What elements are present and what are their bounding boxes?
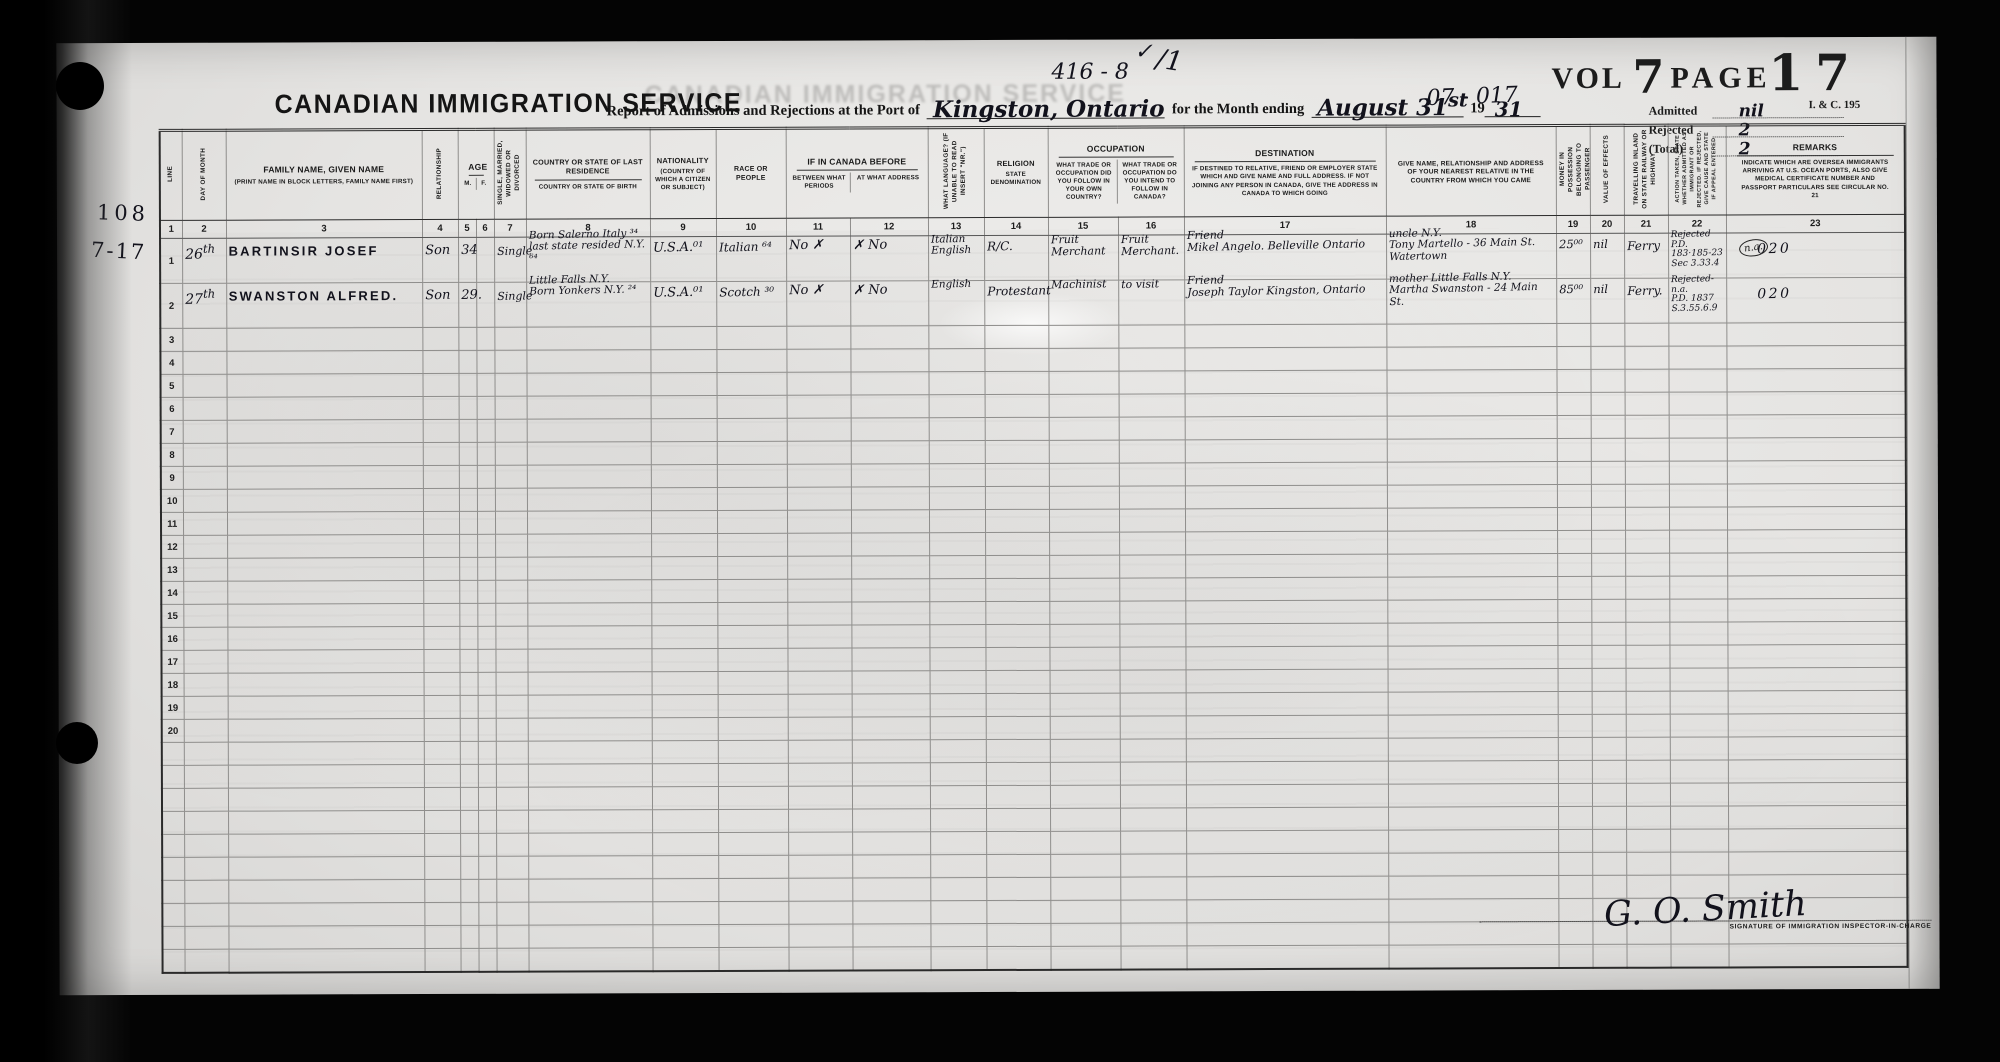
cell-remarks: [1728, 805, 1907, 829]
cell-marital: [495, 465, 527, 488]
cell-action: [1669, 530, 1727, 553]
column-number: 2: [182, 220, 226, 238]
cell-country: [527, 580, 651, 603]
cell-language: [930, 924, 986, 947]
cell-travel: [1625, 507, 1669, 530]
cell-country: [528, 833, 652, 856]
cell-line: 1: [160, 238, 182, 283]
cell-age_f: [477, 649, 495, 672]
cell-destination: [1185, 531, 1387, 555]
cell-periods: [788, 694, 852, 717]
cell-address: [851, 464, 929, 487]
cell-travel: [1626, 760, 1670, 783]
cell-effects: [1591, 507, 1625, 530]
cell-relationship: [423, 603, 459, 626]
report-prefix: Report of Admissions and Rejections at t…: [607, 102, 920, 120]
cell-line: 19: [162, 696, 184, 719]
cell-language: [930, 786, 986, 809]
cell-line: 4: [160, 351, 182, 374]
cell-relative: [1386, 370, 1556, 394]
cell-address: [851, 579, 929, 602]
cell-occ_did: [1050, 877, 1120, 900]
cell-money: [1557, 553, 1591, 576]
cell-remarks: 020: [1726, 277, 1905, 323]
cell-relative: [1388, 738, 1558, 762]
cell-nationality: [651, 579, 717, 602]
cell-relationship: [424, 925, 460, 948]
cell-age_m: [460, 879, 478, 902]
table-row: 227thSWANSTON ALFRED.Son29.SingleLittle …: [160, 277, 1905, 328]
cell-day: [184, 765, 228, 788]
cell-remarks: [1728, 782, 1907, 806]
cell-age_f: [478, 787, 496, 810]
handwritten-entry: Rejected P.D. 183·185-23 Sec 3.33.4: [1670, 230, 1724, 270]
cell-name: [227, 374, 423, 398]
cell-remarks: [1728, 759, 1907, 783]
cell-age_f: [477, 442, 495, 465]
cell-effects: [1591, 392, 1625, 415]
cell-country: [527, 626, 651, 649]
cell-money: [1557, 507, 1591, 530]
cell-occ_intend: [1119, 555, 1185, 578]
cell-race: [716, 372, 786, 395]
cell-address: [851, 510, 929, 533]
cell-marital: [494, 373, 526, 396]
cell-line: 12: [161, 535, 183, 558]
cell-address: [850, 372, 928, 395]
cell-country: [527, 465, 651, 488]
cell-name: [227, 558, 423, 582]
cell-relative: [1387, 600, 1557, 624]
report-subtitle: Report of Admissions and Rejections at t…: [607, 100, 1627, 121]
cell-action: [1670, 829, 1728, 852]
cell-periods: [786, 326, 850, 349]
cell-action: [1669, 438, 1727, 461]
cell-address: [853, 947, 931, 971]
cell-occ_intend: [1119, 624, 1185, 647]
cell-religion: R/C.: [984, 235, 1048, 280]
cell-destination: Friend Joseph Taylor Kingston, Ontario: [1184, 279, 1386, 325]
page-number-stamp: 17: [1768, 43, 1862, 102]
handwritten-entry: BARTINSIR JOSEF: [229, 238, 420, 259]
cell-language: [929, 625, 985, 648]
cell-occ_did: [1049, 601, 1119, 624]
handwritten-entry: U.S.A.⁰¹: [653, 281, 714, 300]
cell-occ_did: [1050, 693, 1120, 716]
cell-day: [183, 397, 227, 420]
cell-remarks: [1727, 598, 1906, 622]
cell-occ_did: [1050, 854, 1120, 877]
handwritten-entry: SWANSTON ALFRED.: [229, 283, 420, 304]
cell-destination: [1185, 554, 1387, 578]
cell-religion: [987, 946, 1051, 970]
cell-action: [1670, 944, 1728, 968]
cell-age_f: [477, 465, 495, 488]
cell-age_f: [477, 488, 495, 511]
cell-nationality: [651, 556, 717, 579]
cell-occ_intend: [1120, 854, 1186, 877]
cell-marital: [496, 810, 528, 833]
cell-age_f: [477, 603, 495, 626]
cell-relationship: [424, 879, 460, 902]
cell-language: [929, 395, 985, 418]
cell-religion: [985, 624, 1049, 647]
cell-day: [184, 880, 228, 903]
port-handwriting: Kingston, Ontario: [933, 95, 1165, 123]
cell-relative: [1388, 830, 1558, 854]
cell-language: Italian English: [928, 236, 984, 281]
cell-occ_did: [1050, 785, 1120, 808]
cell-marital: [495, 649, 527, 672]
cell-money: [1557, 576, 1591, 599]
cell-day: [184, 834, 228, 857]
handwritten-entry: Fruit Merchant.: [1120, 233, 1181, 258]
handwritten-entry: 020: [1728, 276, 1902, 303]
cell-effects: [1592, 829, 1626, 852]
cell-country: [528, 879, 652, 902]
cell-occ_did: [1050, 716, 1120, 739]
cell-nationality: [652, 763, 718, 786]
cell-day: [183, 581, 227, 604]
cell-race: [717, 533, 787, 556]
handwritten-entry: Born Salerno Italy ³⁴ last state resided…: [528, 228, 648, 264]
cell-relationship: [424, 672, 460, 695]
cell-periods: [787, 464, 851, 487]
cell-name: [228, 788, 424, 812]
cell-nationality: [652, 832, 718, 855]
cell-occ_intend: [1119, 486, 1185, 509]
cell-occ_intend: to visit: [1118, 280, 1184, 325]
cell-age_f: [476, 237, 494, 282]
cell-occ_did: Machinist: [1048, 280, 1118, 325]
cell-address: [852, 878, 930, 901]
handwritten-entry: Italian English: [930, 234, 981, 258]
cell-race: [718, 763, 788, 786]
cell-line: 7: [161, 420, 183, 443]
cell-action: Rejected-n.a. P.D. 1837 S.3.55.6.9: [1668, 278, 1726, 323]
cell-age_f: [477, 419, 495, 442]
cell-line: [163, 949, 185, 973]
month-handwriting: August 31st: [1317, 89, 1468, 122]
cell-action: [1669, 415, 1727, 438]
cell-travel: Ferry.: [1624, 278, 1668, 323]
cell-race: [717, 395, 787, 418]
vol-number-stamp: 7: [1632, 50, 1664, 104]
cell-race: [717, 556, 787, 579]
cell-address: [852, 855, 930, 878]
handwritten-code-top: 416 - 8: [1051, 60, 1129, 85]
cell-name: SWANSTON ALFRED.: [226, 283, 422, 329]
cell-country: [527, 557, 651, 580]
cell-destination: [1186, 830, 1388, 854]
cell-relative: [1388, 807, 1558, 831]
cell-line: [162, 857, 184, 880]
cell-age_m: [459, 580, 477, 603]
cell-remarks: [1727, 644, 1906, 668]
cell-destination: [1185, 393, 1387, 417]
cell-periods: [787, 602, 851, 625]
cell-effects: [1590, 323, 1624, 346]
cell-marital: [495, 511, 527, 534]
cell-occ_did: [1050, 808, 1120, 831]
cell-effects: [1591, 461, 1625, 484]
cell-action: [1670, 760, 1728, 783]
cell-language: [930, 763, 986, 786]
cell-age_f: [477, 534, 495, 557]
cell-effects: [1592, 806, 1626, 829]
cell-age_m: [459, 419, 477, 442]
header-nearest-relative: GIVE NAME, RELATIONSHIP AND ADDRESS OF Y…: [1386, 126, 1556, 217]
cell-periods: [787, 556, 851, 579]
cell-line: 15: [161, 604, 183, 627]
cell-religion: [985, 509, 1049, 532]
cell-name: [227, 627, 423, 651]
cell-remarks: [1727, 575, 1906, 599]
cell-name: [228, 765, 424, 789]
cell-race: [716, 326, 786, 349]
cell-occ_intend: Fruit Merchant.: [1118, 235, 1184, 280]
handwritten-entry: Protestant: [987, 280, 1046, 298]
cell-relationship: [422, 327, 458, 350]
cell-day: [183, 535, 227, 558]
cell-nationality: [651, 418, 717, 441]
cell-age_m: [459, 534, 477, 557]
cell-travel: [1624, 346, 1668, 369]
cell-periods: [787, 579, 851, 602]
handwritten-entry: English: [931, 279, 982, 291]
cell-religion: [986, 808, 1050, 831]
cell-day: [184, 811, 228, 834]
cell-travel: [1625, 461, 1669, 484]
cell-address: [852, 671, 930, 694]
cell-age_f: [477, 511, 495, 534]
cell-marital: [495, 557, 527, 580]
cell-race: [717, 464, 787, 487]
cell-line: [162, 880, 184, 903]
cell-day: 27th: [182, 283, 226, 328]
cell-travel: [1626, 668, 1670, 691]
cell-marital: [496, 741, 528, 764]
cell-address: [851, 418, 929, 441]
cell-relationship: [424, 902, 460, 925]
cell-relative: [1388, 669, 1558, 693]
cell-travel: [1625, 415, 1669, 438]
cell-relationship: [425, 948, 461, 972]
cell-periods: [787, 487, 851, 510]
cell-travel: [1625, 645, 1669, 668]
cell-race: [718, 809, 788, 832]
cell-name: [227, 489, 423, 513]
handwritten-entry: nil: [1593, 279, 1622, 296]
cell-periods: [788, 671, 852, 694]
cell-destination: [1184, 324, 1386, 348]
cell-relationship: [424, 856, 460, 879]
cell-race: [716, 349, 786, 372]
cell-address: [851, 602, 929, 625]
filler-row: [163, 943, 1908, 973]
cell-relative: [1388, 761, 1558, 785]
cell-religion: [986, 693, 1050, 716]
column-number: 1: [160, 220, 182, 238]
cell-effects: [1592, 944, 1626, 968]
cell-action: Rejected P.D. 183·185-23 Sec 3.33.4n.a.: [1668, 233, 1726, 278]
cell-occ_did: [1049, 463, 1119, 486]
header-occupation-group: OCCUPATION WHAT TRADE OR OCCUPATION DID …: [1048, 127, 1184, 217]
cell-nationality: [652, 671, 718, 694]
cell-race: [717, 510, 787, 533]
cell-language: [929, 579, 985, 602]
cell-age_m: [460, 764, 478, 787]
cell-periods: [788, 924, 852, 947]
cell-occ_intend: [1118, 348, 1184, 371]
cell-destination: [1186, 738, 1388, 762]
cell-day: [183, 512, 227, 535]
cell-effects: [1592, 760, 1626, 783]
cell-marital: [494, 327, 526, 350]
cell-travel: [1626, 829, 1670, 852]
cell-periods: [786, 349, 850, 372]
column-number: 11: [786, 218, 850, 236]
cell-name: [228, 903, 424, 927]
cell-action: [1670, 691, 1728, 714]
cell-money: [1556, 346, 1590, 369]
cell-age_f: [478, 672, 496, 695]
cell-race: [717, 418, 787, 441]
cell-occ_did: [1050, 900, 1120, 923]
cell-name: [228, 811, 424, 835]
cell-remarks: [1726, 322, 1905, 346]
cell-address: [850, 326, 928, 349]
cell-religion: [985, 555, 1049, 578]
header-language: WHAT LANGUAGE? (IF UNABLE TO READ INSERT…: [928, 128, 984, 218]
cell-effects: [1592, 852, 1626, 875]
cell-race: [718, 671, 788, 694]
column-number: 14: [984, 217, 1048, 235]
handwritten-entry: Son: [424, 238, 455, 259]
cell-religion: [986, 923, 1050, 946]
handwritten-entry: ✗ No: [853, 281, 926, 299]
form-page: CANADIAN IMMIGRATION SERVICE CANADIAN IM…: [56, 37, 1939, 996]
cell-destination: [1185, 646, 1387, 670]
cell-race: [717, 487, 787, 510]
cell-occ_did: [1049, 532, 1119, 555]
cell-country: [526, 373, 650, 396]
cell-country: [528, 672, 652, 695]
handwritten-entry: 27th: [184, 283, 223, 308]
cell-periods: [788, 901, 852, 924]
column-number: 6: [476, 219, 494, 237]
cell-occ_intend: [1119, 417, 1185, 440]
handwritten-entry: Fruit Merchant: [1050, 233, 1115, 258]
cell-marital: [496, 718, 528, 741]
cell-age_m: [460, 833, 478, 856]
cell-age_m: [460, 925, 478, 948]
cell-nationality: [653, 947, 719, 971]
cell-nationality: [651, 625, 717, 648]
cell-effects: [1590, 346, 1624, 369]
cell-action: [1670, 806, 1728, 829]
header-relationship: RELATIONSHIP: [422, 129, 458, 219]
cell-relative: [1389, 945, 1559, 969]
cell-name: [228, 696, 424, 720]
cell-periods: [788, 717, 852, 740]
header-religion: RELIGION STATE DENOMINATION: [984, 127, 1048, 217]
cell-destination: [1187, 945, 1389, 969]
cell-race: [718, 786, 788, 809]
cell-name: [226, 328, 422, 352]
cell-periods: No ✗: [786, 281, 850, 326]
cell-marital: [496, 787, 528, 810]
cell-age_m: [459, 603, 477, 626]
cell-marital: [495, 396, 527, 419]
cell-money: [1557, 461, 1591, 484]
cell-marital: [495, 419, 527, 442]
cell-race: [718, 740, 788, 763]
cell-name: [228, 857, 424, 881]
cell-relative: [1387, 646, 1557, 670]
cell-occ_did: [1050, 739, 1120, 762]
cell-marital: [496, 879, 528, 902]
header-marital-status: SINGLE, MARRIED, WIDOWED OR DIVORCED: [494, 129, 526, 219]
cell-effects: [1592, 783, 1626, 806]
cell-country: [528, 810, 652, 833]
handwritten-entry: R/C.: [986, 235, 1045, 253]
cell-race: [717, 625, 787, 648]
cell-action: [1669, 507, 1727, 530]
column-number: 20: [1590, 215, 1624, 233]
cell-occ_did: [1049, 578, 1119, 601]
film-punch-hole-top: [56, 62, 104, 110]
cell-name: [227, 443, 423, 467]
cell-remarks: [1726, 345, 1905, 369]
cell-effects: nil: [1590, 233, 1624, 278]
cell-language: [928, 372, 984, 395]
cell-relationship: [424, 741, 460, 764]
cell-name: [226, 351, 422, 375]
cell-address: [852, 694, 930, 717]
cell-periods: [787, 510, 851, 533]
cell-nationality: [651, 395, 717, 418]
cell-religion: [986, 785, 1050, 808]
cell-effects: [1592, 691, 1626, 714]
handwritten-entry: No ✗: [789, 281, 848, 298]
cell-money: [1557, 599, 1591, 622]
cell-line: 17: [161, 650, 183, 673]
cell-line: [162, 834, 184, 857]
cell-name: [227, 420, 423, 444]
cell-relationship: [424, 810, 460, 833]
cell-remarks: [1727, 437, 1906, 461]
column-number: 5: [458, 219, 476, 237]
cell-language: [929, 602, 985, 625]
cell-name: [228, 926, 424, 950]
cell-religion: [985, 532, 1049, 555]
cell-action: [1669, 645, 1727, 668]
cell-periods: [787, 648, 851, 671]
cell-age_f: [478, 741, 496, 764]
cell-address: [852, 786, 930, 809]
cell-occ_intend: [1118, 325, 1184, 348]
cell-travel: [1626, 944, 1670, 968]
header-day-of-month: DAY OF MONTH: [182, 130, 226, 220]
handwritten-entry: to visit: [1121, 278, 1182, 291]
paper-right-edge: [1905, 37, 1939, 989]
cell-periods: [787, 441, 851, 464]
handwritten-entry: Ferry: [1626, 233, 1665, 253]
cell-line: 13: [161, 558, 183, 581]
cell-language: [928, 349, 984, 372]
cell-line: 9: [161, 466, 183, 489]
